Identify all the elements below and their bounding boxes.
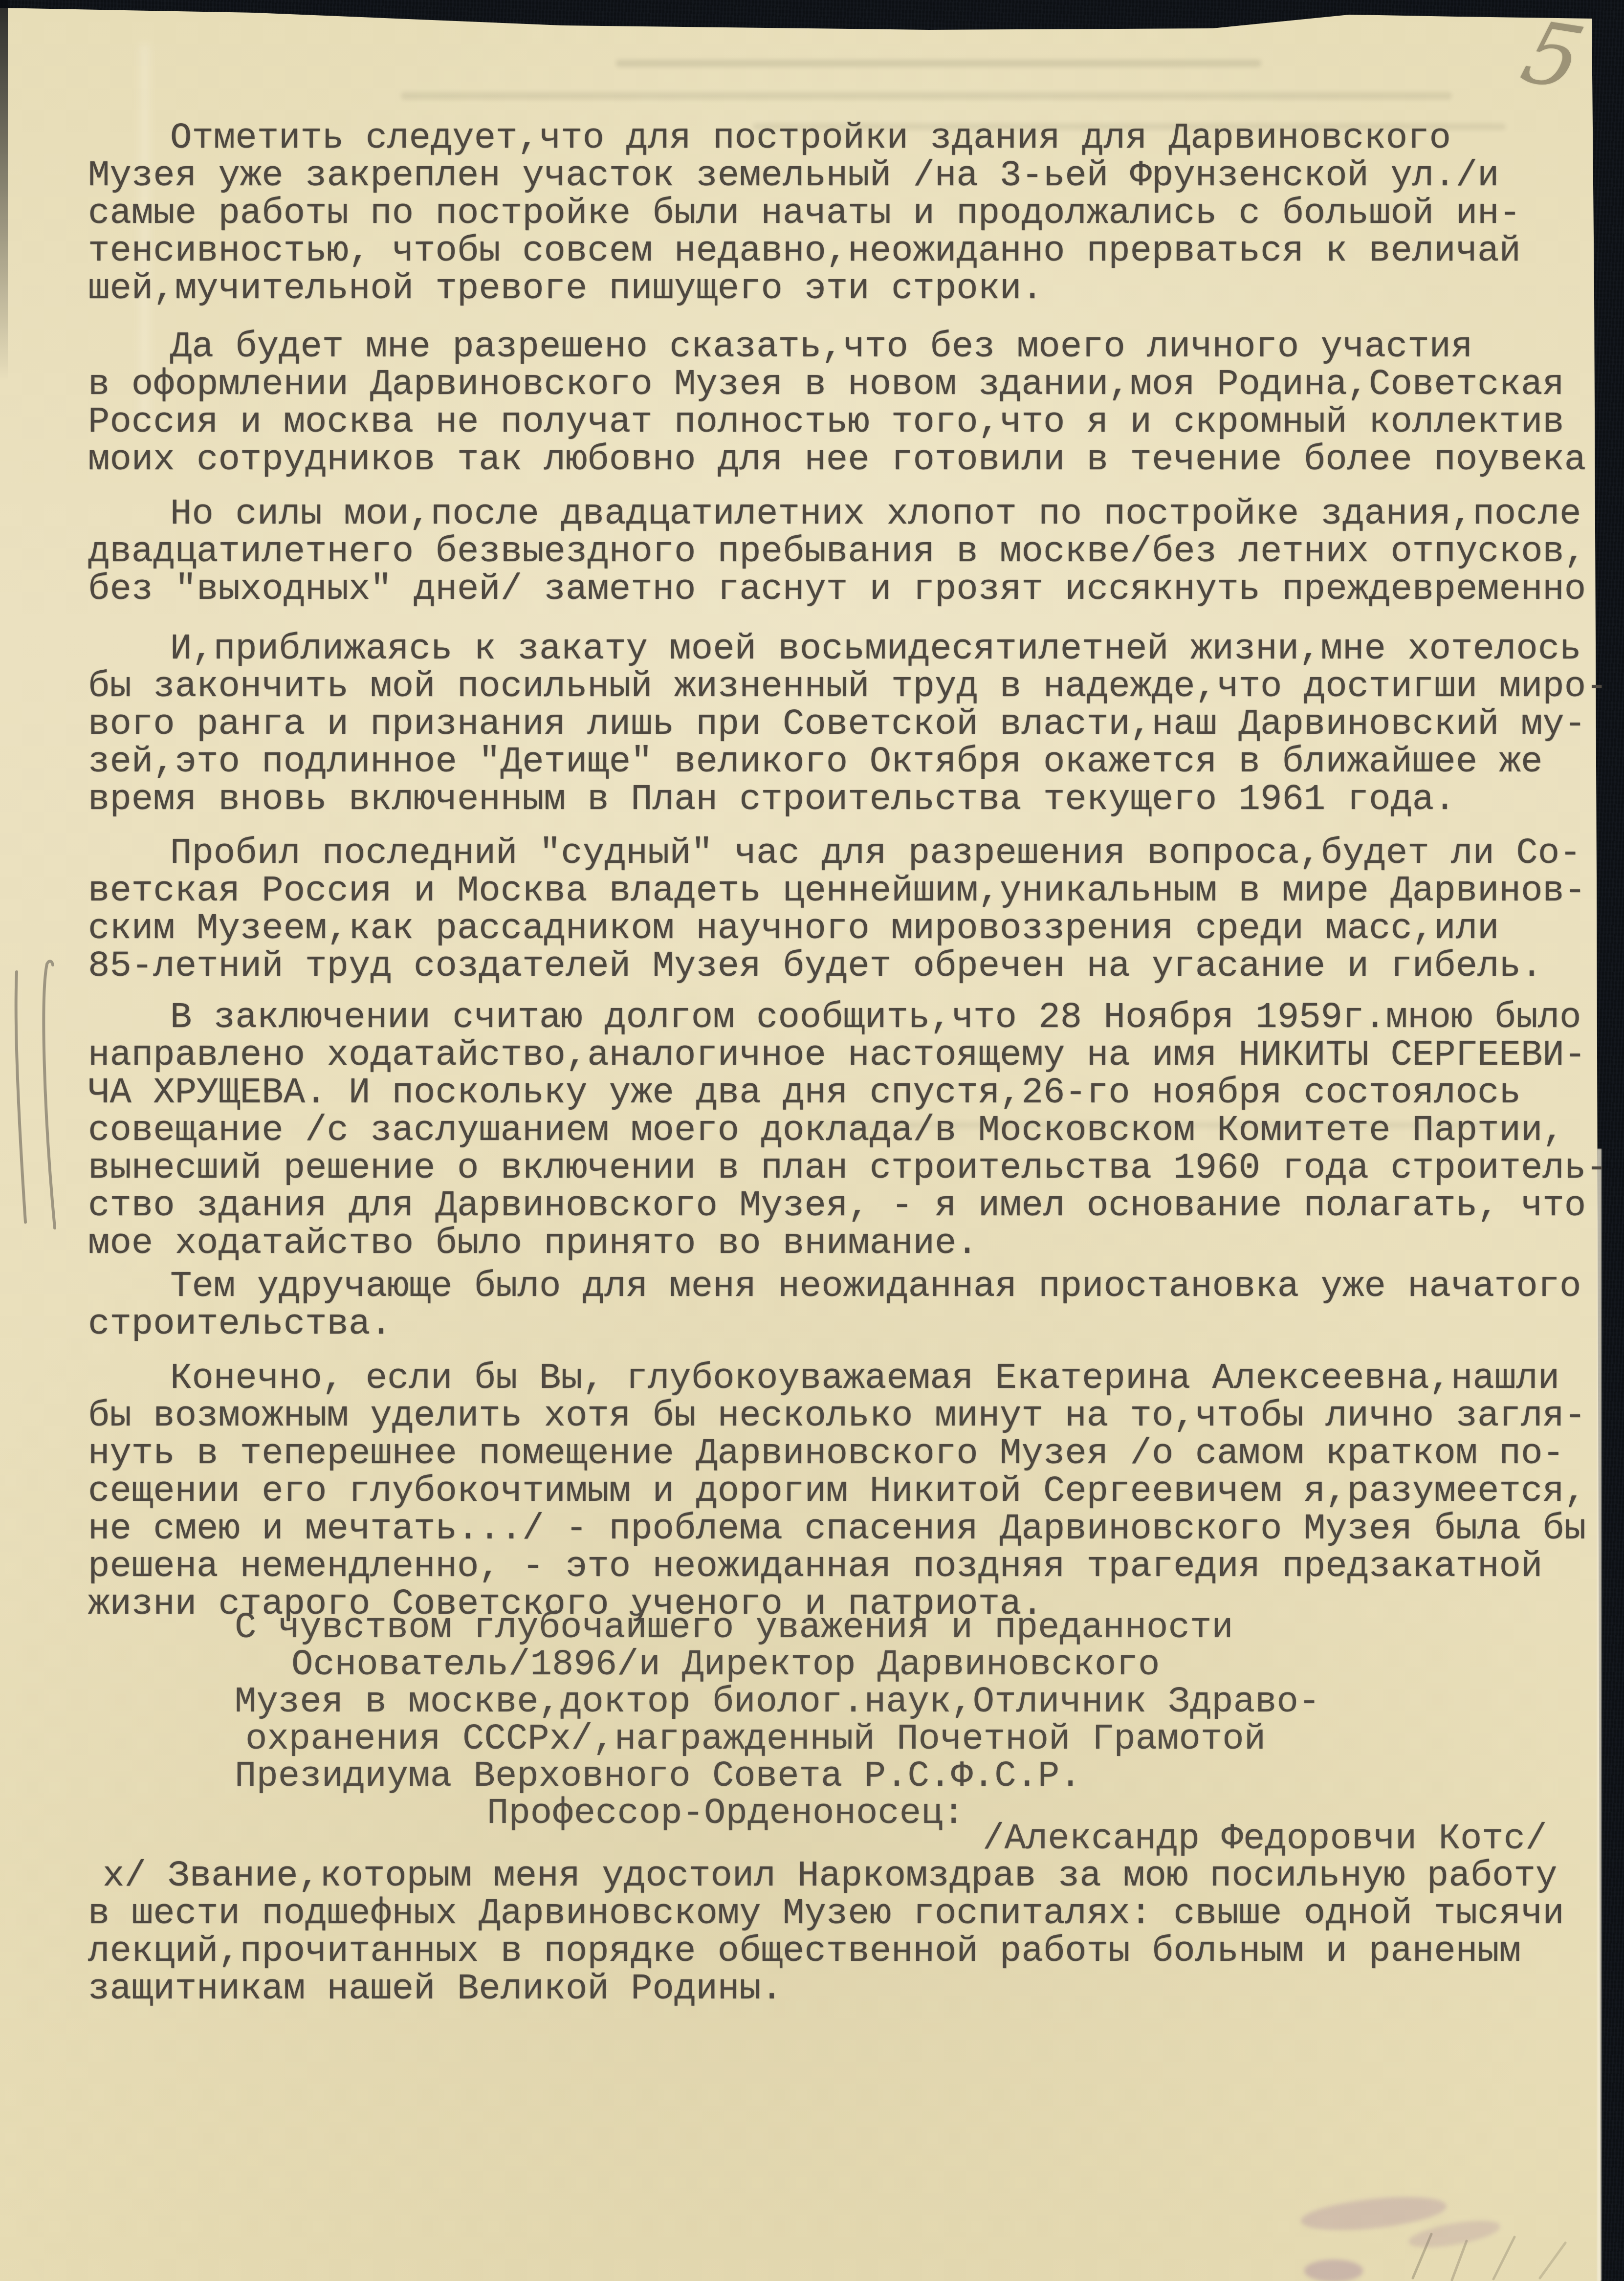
signature-line-4: охранения СССРх/,награжденный Почетной Г… <box>245 1721 1266 1758</box>
paragraph-4: И,приближаясь к закату моей восьмидесяти… <box>88 631 1608 819</box>
paragraph-8: Конечно, если бы Вы, глубокоуважаемая Ек… <box>88 1360 1608 1623</box>
paragraph-6: В заключении считаю долгом сообщить,что … <box>88 999 1608 1263</box>
pencil-margin-marks <box>0 958 78 1232</box>
signature-line-5: Президиума Верховного Совета Р.С.Ф.С.Р. <box>235 1758 1081 1796</box>
paragraph-5: Пробил последний "судный" час для разреш… <box>88 835 1608 986</box>
signature-line-2: Основатель/1896/и Директор Дарвиновского <box>291 1646 1160 1684</box>
paragraph-7: Тем удручающе было для меня неожиданная … <box>88 1268 1608 1343</box>
left-edge-shadow <box>0 0 8 381</box>
signature-name: /Александр Федоровчи Котс/ <box>983 1820 1547 1858</box>
stamp-smudge <box>1304 2259 1363 2281</box>
footnote: х/ Звание,которым меня удостоил Наркомзд… <box>88 1858 1608 2008</box>
signature-line-3: Музея в москве,доктор биолог.наук,Отличн… <box>235 1684 1320 1721</box>
pencil-scribbles <box>1393 2219 1599 2281</box>
paragraph-2: Да будет мне разрешено сказать,что без м… <box>88 329 1608 479</box>
paragraph-1: Отметить следует,что для постройки здани… <box>88 120 1608 308</box>
scanned-letter-page: 5 Отметить следует,что для постройки зда… <box>0 0 1624 2281</box>
signature-line-1: С чувством глубочайшего уважения и преда… <box>235 1609 1233 1647</box>
signature-line-6: Профессор-Орденоносец: <box>487 1795 965 1833</box>
ghost-ink-streak <box>401 92 1452 100</box>
ghost-ink-streak <box>616 60 1261 67</box>
paragraph-3: Но силы мои,после двадцатилетних хлопот … <box>88 496 1608 609</box>
